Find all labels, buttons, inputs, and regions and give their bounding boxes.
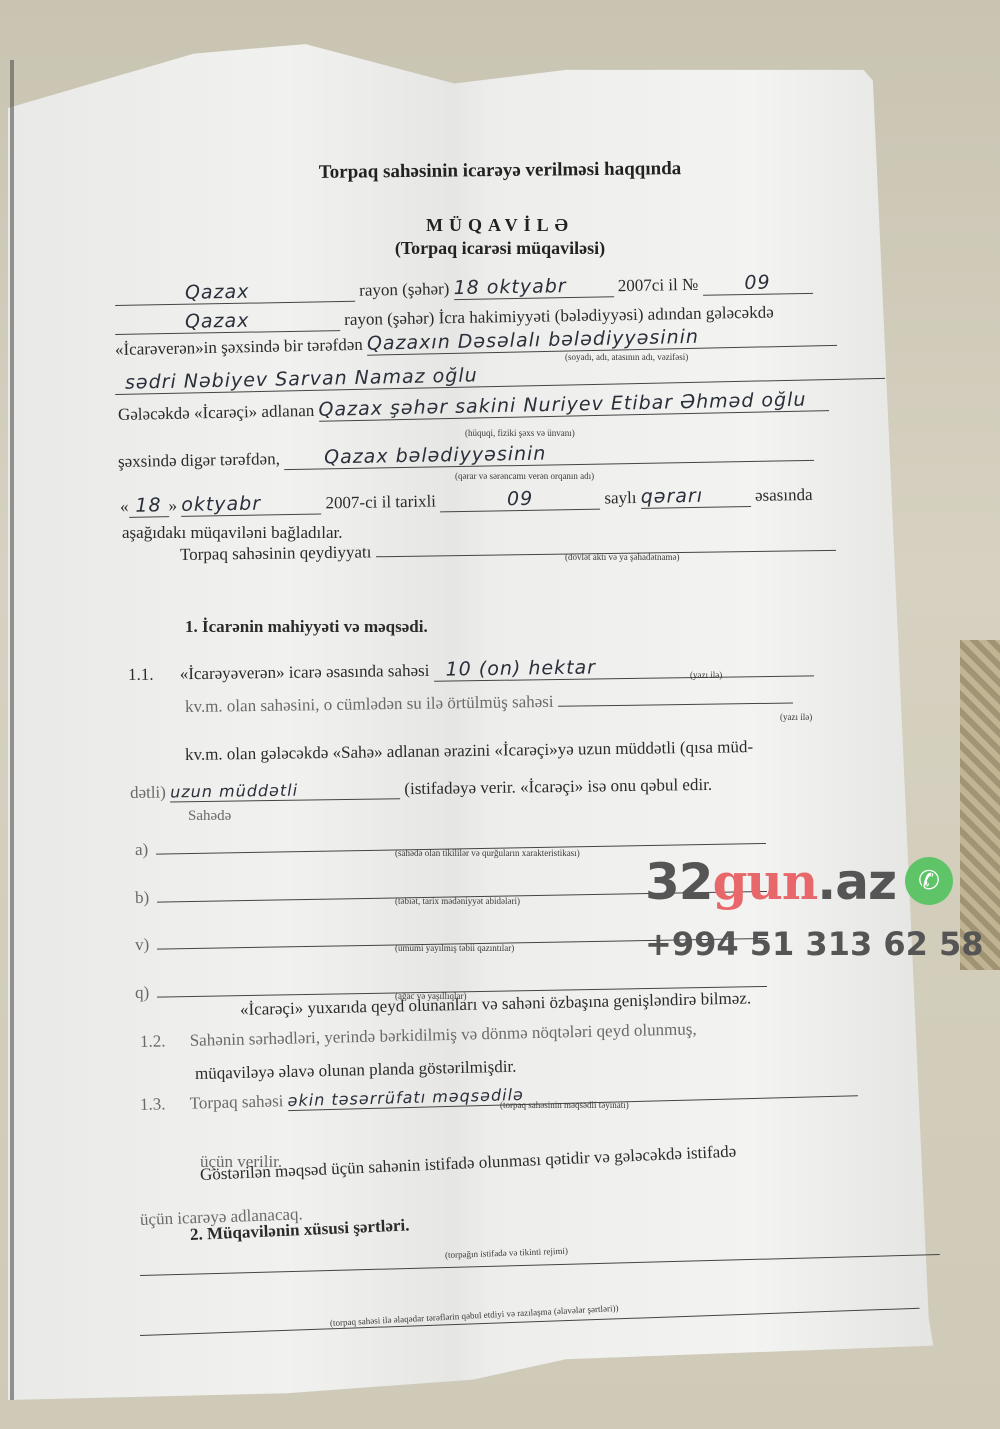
quote-month-field[interactable]: oktyabr (181, 491, 321, 516)
concluded-text: aşağıdakı müqaviləni bağladılar. (122, 523, 342, 543)
label-lessee: Gələcəkdə «İcarəçi» adlanan (118, 401, 315, 424)
caption-yazi-ile: (yazı ilə) (690, 670, 722, 680)
p11-label: «İcarəyəverən» icarə əsasında sahəsi (180, 661, 430, 683)
document-subtitle: (Torpaq icarəsi müqaviləsi) (0, 238, 1000, 259)
feature-marker: v) (135, 935, 150, 954)
watermark-prefix: 32 (645, 853, 713, 911)
label-registration: Torpaq sahəsinin qeydiyyatı (180, 542, 372, 564)
watermark-phone: +994 51 313 62 58 (645, 925, 984, 963)
label-tarixli: -ci il tarixli (359, 491, 436, 511)
sahede-label: Sahədə (188, 808, 231, 825)
watermark-site: 32gun.az (645, 852, 896, 911)
quote-day-field[interactable]: 18 (128, 494, 168, 518)
caption-purpose: (torpaq sahəsinin məqsədli təyinatı) (500, 1100, 629, 1110)
label-esasinda: əsasında (755, 485, 813, 505)
district-field-2[interactable]: Qazax (115, 308, 340, 335)
decision-number-field[interactable]: 09 (440, 487, 600, 513)
p13-number: 1.3. (140, 1094, 166, 1114)
year-2: 2007 (325, 493, 359, 513)
label-rayon-1: rayon (şəhər) (359, 279, 449, 300)
feature-caption: (sahədə olan tikililər və qurğuların xar… (395, 848, 580, 858)
label-other-party: şəxsində digər tərəfdən, (118, 449, 280, 471)
caption-yazi-ile-2: (yazı ilə) (780, 712, 812, 722)
p11-suffix: (istifadəyə verir. «İcarəçi» isə onu qəb… (404, 775, 712, 798)
p11-prefix: dətli) (130, 782, 166, 801)
p13-label: Torpaq sahəsi (189, 1091, 283, 1112)
label-sayli: saylı (604, 488, 636, 508)
date-field[interactable]: 18 oktyabr (453, 274, 613, 300)
page-binding-edge (10, 60, 14, 1400)
whatsapp-icon: ✆ (905, 857, 953, 905)
p11-number: 1.1. (128, 665, 154, 684)
p11-text-2: kv.m. olan sahəsini, o cümlədən su ilə ö… (185, 692, 554, 716)
feature-caption: (ümumi yayılmış təbii qazıntılar) (395, 943, 514, 953)
feature-marker: a) (135, 840, 149, 859)
feature-marker: q) (135, 983, 150, 1002)
background-fabric (960, 640, 1000, 970)
water-area-field[interactable] (558, 703, 793, 707)
label-lessor: «İcarəverən»in şəxsində bir tərəfdən (115, 335, 363, 359)
caption-registration: (dövlət aktı və ya şəhadətnamə) (565, 552, 679, 562)
caption-decision: (qərar və sərəncamı verən orqanın adı) (455, 471, 594, 481)
term-field[interactable]: uzun müddətli (170, 779, 400, 802)
decision-type-field[interactable]: qərarı (641, 484, 751, 509)
watermark-suffix: .az (817, 853, 896, 911)
p12-number: 1.2. (140, 1031, 166, 1051)
contract-number-field[interactable]: 09 (702, 271, 812, 296)
watermark-brand: gun (713, 852, 818, 911)
section1-heading: 1. İcarənin mahiyyəti və məqsədi. (185, 617, 428, 637)
caption-lessee: (hüquqi, fiziki şəxs və ünvanı) (465, 428, 575, 438)
year-field: 2007 (618, 276, 652, 296)
district-field-1[interactable]: Qazax (115, 279, 355, 306)
feature-marker: b) (135, 888, 150, 907)
document-title: MÜQAVİLƏ (0, 215, 1000, 236)
label-ci-il-no: ci il № (652, 275, 699, 295)
feature-caption: (təbiət, tarix mədəniyyət abidələri) (395, 896, 520, 906)
